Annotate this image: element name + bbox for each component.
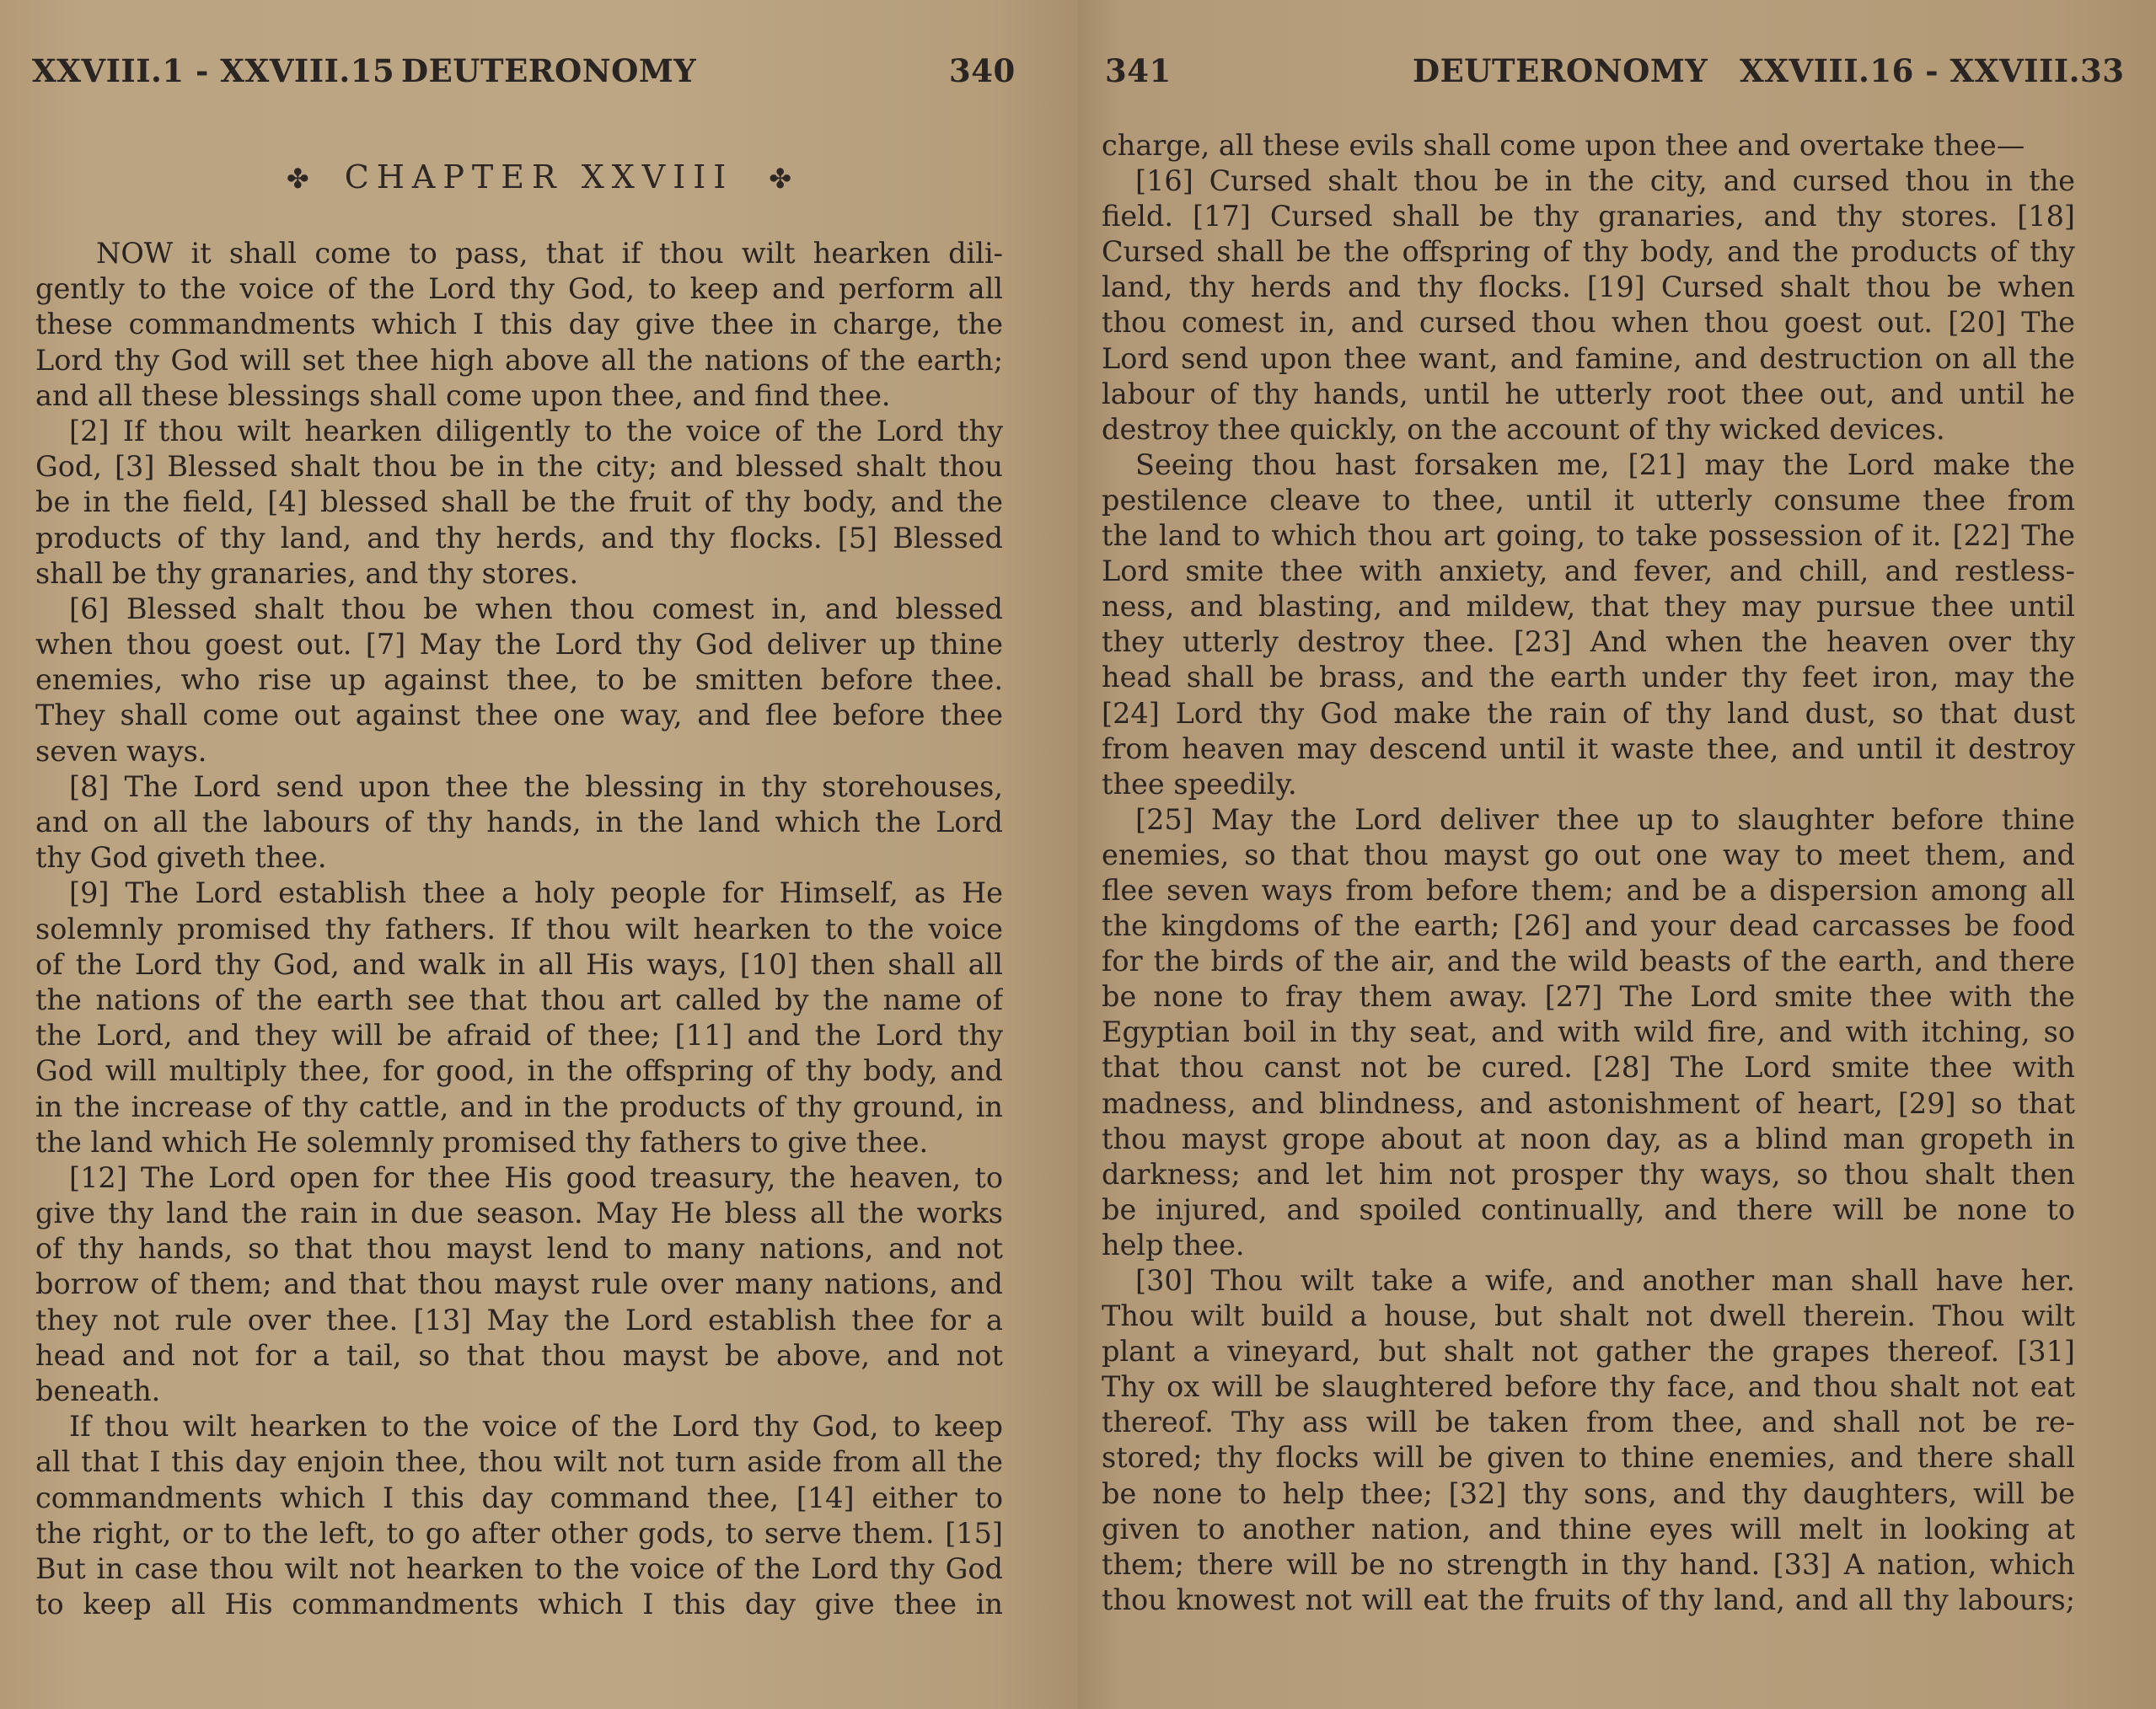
text-line: be in the field, [4] blessed shall be th…	[35, 485, 1003, 520]
text-line: shall be thy granaries, and thy stores.	[35, 556, 1003, 592]
text-line: all that I this day enjoin thee, thou wi…	[35, 1444, 1003, 1480]
text-line: [16] Cursed shalt thou be in the city, a…	[1102, 163, 2075, 199]
text-line: [6] Blessed shalt thou be when thou come…	[35, 592, 1003, 627]
text-line: head shall be brass, and the earth under…	[1102, 660, 2075, 695]
text-line: of thy hands, so that thou mayst lend to…	[35, 1231, 1003, 1267]
text-line: [9] The Lord establish thee a holy peopl…	[35, 876, 1003, 911]
text-line: If thou wilt hearken to the voice of the…	[35, 1409, 1003, 1444]
text-line: enemies, who rise up against thee, to be…	[35, 662, 1003, 698]
text-line: the right, or to the left, to go after o…	[35, 1516, 1003, 1551]
running-head-verse-range: XXVIII.16 - XXVIII.33	[1740, 52, 2124, 89]
text-line: They shall come out against thee one way…	[35, 698, 1003, 733]
text-line: Thou wilt build a house, but shalt not d…	[1102, 1299, 2075, 1334]
text-line: thy God giveth thee.	[35, 840, 1003, 876]
text-line: commandments which I this day command th…	[35, 1481, 1003, 1516]
page-number: 341	[1105, 52, 1172, 89]
text-line: and all these blessings shall come upon …	[35, 378, 1003, 414]
text-line: ness, and blasting, and mildew, that the…	[1102, 589, 2075, 624]
chapter-heading: ✤CHAPTER XXVIII✤	[0, 158, 1078, 196]
text-line: Egyptian boil in thy seat, and with wild…	[1102, 1015, 2075, 1050]
text-line: stored; thy flocks will be given to thin…	[1102, 1440, 2075, 1476]
text-line: thou comest in, and cursed thou when tho…	[1102, 305, 2075, 340]
text-line: God, [3] Blessed shalt thou be in the ci…	[35, 449, 1003, 485]
text-line: borrow of them; and that thou mayst rule…	[35, 1267, 1003, 1302]
text-line: thereof. Thy ass will be taken from thee…	[1102, 1405, 2075, 1440]
text-line: and on all the labours of thy hands, in …	[35, 805, 1003, 840]
text-line: for the birds of the air, and the wild b…	[1102, 944, 2075, 979]
text-line: flee seven ways from before them; and be…	[1102, 873, 2075, 908]
text-line: land, thy herds and thy flocks. [19] Cur…	[1102, 270, 2075, 305]
page-number: 340	[949, 52, 1016, 89]
text-line: darkness; and let him not prosper thy wa…	[1102, 1157, 2075, 1192]
text-line: Lord send upon thee want, and famine, an…	[1102, 341, 2075, 377]
text-line: that thou canst not be cured. [28] The L…	[1102, 1050, 2075, 1085]
text-line: the Lord, and they will be afraid of the…	[35, 1018, 1003, 1053]
text-line: seven ways.	[35, 734, 1003, 769]
text-line: products of thy land, and thy herds, and…	[35, 521, 1003, 556]
text-line: NOW it shall come to pass, that if thou …	[35, 236, 1003, 271]
text-line: give thy land the rain in due season. Ma…	[35, 1196, 1003, 1231]
text-line: labour of thy hands, until he utterly ro…	[1102, 377, 2075, 412]
text-line: be none to help thee; [32] thy sons, and…	[1102, 1476, 2075, 1512]
text-line: Seeing thou hast forsaken me, [21] may t…	[1102, 447, 2075, 483]
text-line: thou knowest not will eat the fruits of …	[1102, 1583, 2075, 1618]
text-line: [2] If thou wilt hearken diligently to t…	[35, 414, 1003, 449]
text-line: [30] Thou wilt take a wife, and another …	[1102, 1263, 2075, 1299]
text-line: madness, and blindness, and astonishment…	[1102, 1086, 2075, 1122]
text-line: beneath.	[35, 1374, 1003, 1409]
text-line: thou mayst grope about at noon day, as a…	[1102, 1122, 2075, 1157]
text-line: [12] The Lord open for thee His good tre…	[35, 1160, 1003, 1196]
text-line: Cursed shall be the offspring of thy bod…	[1102, 234, 2075, 270]
text-line: head and not for a tail, so that thou ma…	[35, 1338, 1003, 1374]
text-line: Lord thy God will set thee high above al…	[35, 343, 1003, 378]
text-line: from heaven may descend until it waste t…	[1102, 731, 2075, 767]
running-head-book-title: DEUTERONOMY	[1413, 52, 1708, 89]
text-line: God will multiply thee, for good, in the…	[35, 1053, 1003, 1089]
left-page: XXVIII.1 - XXVIII.15 DEUTERONOMY 340 ✤CH…	[0, 0, 1078, 1709]
right-page-body: charge, all these evils shall come upon …	[1102, 128, 2075, 1618]
text-line: the nations of the earth see that thou a…	[35, 983, 1003, 1018]
text-line: help thee.	[1102, 1228, 2075, 1263]
text-line: to keep all His commandments which I thi…	[35, 1587, 1003, 1622]
text-line: the kingdoms of the earth; [26] and your…	[1102, 908, 2075, 944]
text-line: the land to which thou art going, to tak…	[1102, 518, 2075, 554]
text-line: [25] May the Lord deliver thee up to sla…	[1102, 802, 2075, 838]
right-page: 341 DEUTERONOMY XXVIII.16 - XXVIII.33 ch…	[1078, 0, 2156, 1709]
left-page-body: NOW it shall come to pass, that if thou …	[35, 236, 1003, 1622]
text-line: them; there will be no strength in thy h…	[1102, 1547, 2075, 1583]
text-line: they not rule over thee. [13] May the Lo…	[35, 1303, 1003, 1338]
text-line: be none to fray them away. [27] The Lord…	[1102, 979, 2075, 1015]
text-line: of the Lord thy God, and walk in all His…	[35, 947, 1003, 983]
text-line: But in case thou wilt not hearken to the…	[35, 1551, 1003, 1587]
text-line: field. [17] Cursed shall be thy granarie…	[1102, 199, 2075, 234]
text-line: Lord smite thee with anxiety, and fever,…	[1102, 554, 2075, 589]
ornament-icon: ✤	[769, 163, 791, 195]
ornament-icon: ✤	[287, 163, 309, 195]
running-head-book-title: DEUTERONOMY	[401, 52, 696, 89]
text-line: these commandments which I this day give…	[35, 307, 1003, 342]
text-line: [24] Lord thy God make the rain of thy l…	[1102, 696, 2075, 731]
text-line: be injured, and spoiled continually, and…	[1102, 1192, 2075, 1228]
text-line: plant a vineyard, but shalt not gather t…	[1102, 1334, 2075, 1369]
chapter-title: CHAPTER XXVIII	[345, 158, 734, 196]
text-line: Thy ox will be slaughtered before thy fa…	[1102, 1369, 2075, 1405]
text-line: charge, all these evils shall come upon …	[1102, 128, 2075, 163]
text-line: solemnly promised thy fathers. If thou w…	[35, 912, 1003, 947]
text-line: thee speedily.	[1102, 767, 2075, 802]
text-line: given to another nation, and thine eyes …	[1102, 1512, 2075, 1547]
text-line: the land which He solemnly promised thy …	[35, 1125, 1003, 1160]
text-line: pestilence cleave to thee, until it utte…	[1102, 483, 2075, 518]
text-line: enemies, so that thou mayst go out one w…	[1102, 838, 2075, 873]
text-line: when thou goest out. [7] May the Lord th…	[35, 627, 1003, 662]
text-line: they utterly destroy thee. [23] And when…	[1102, 624, 2075, 660]
text-line: destroy thee quickly, on the account of …	[1102, 412, 2075, 447]
text-line: [8] The Lord send upon thee the blessing…	[35, 769, 1003, 805]
text-line: gently to the voice of the Lord thy God,…	[35, 271, 1003, 307]
running-head-verse-range: XXVIII.1 - XXVIII.15	[32, 52, 394, 89]
text-line: in the increase of thy cattle, and in th…	[35, 1090, 1003, 1125]
